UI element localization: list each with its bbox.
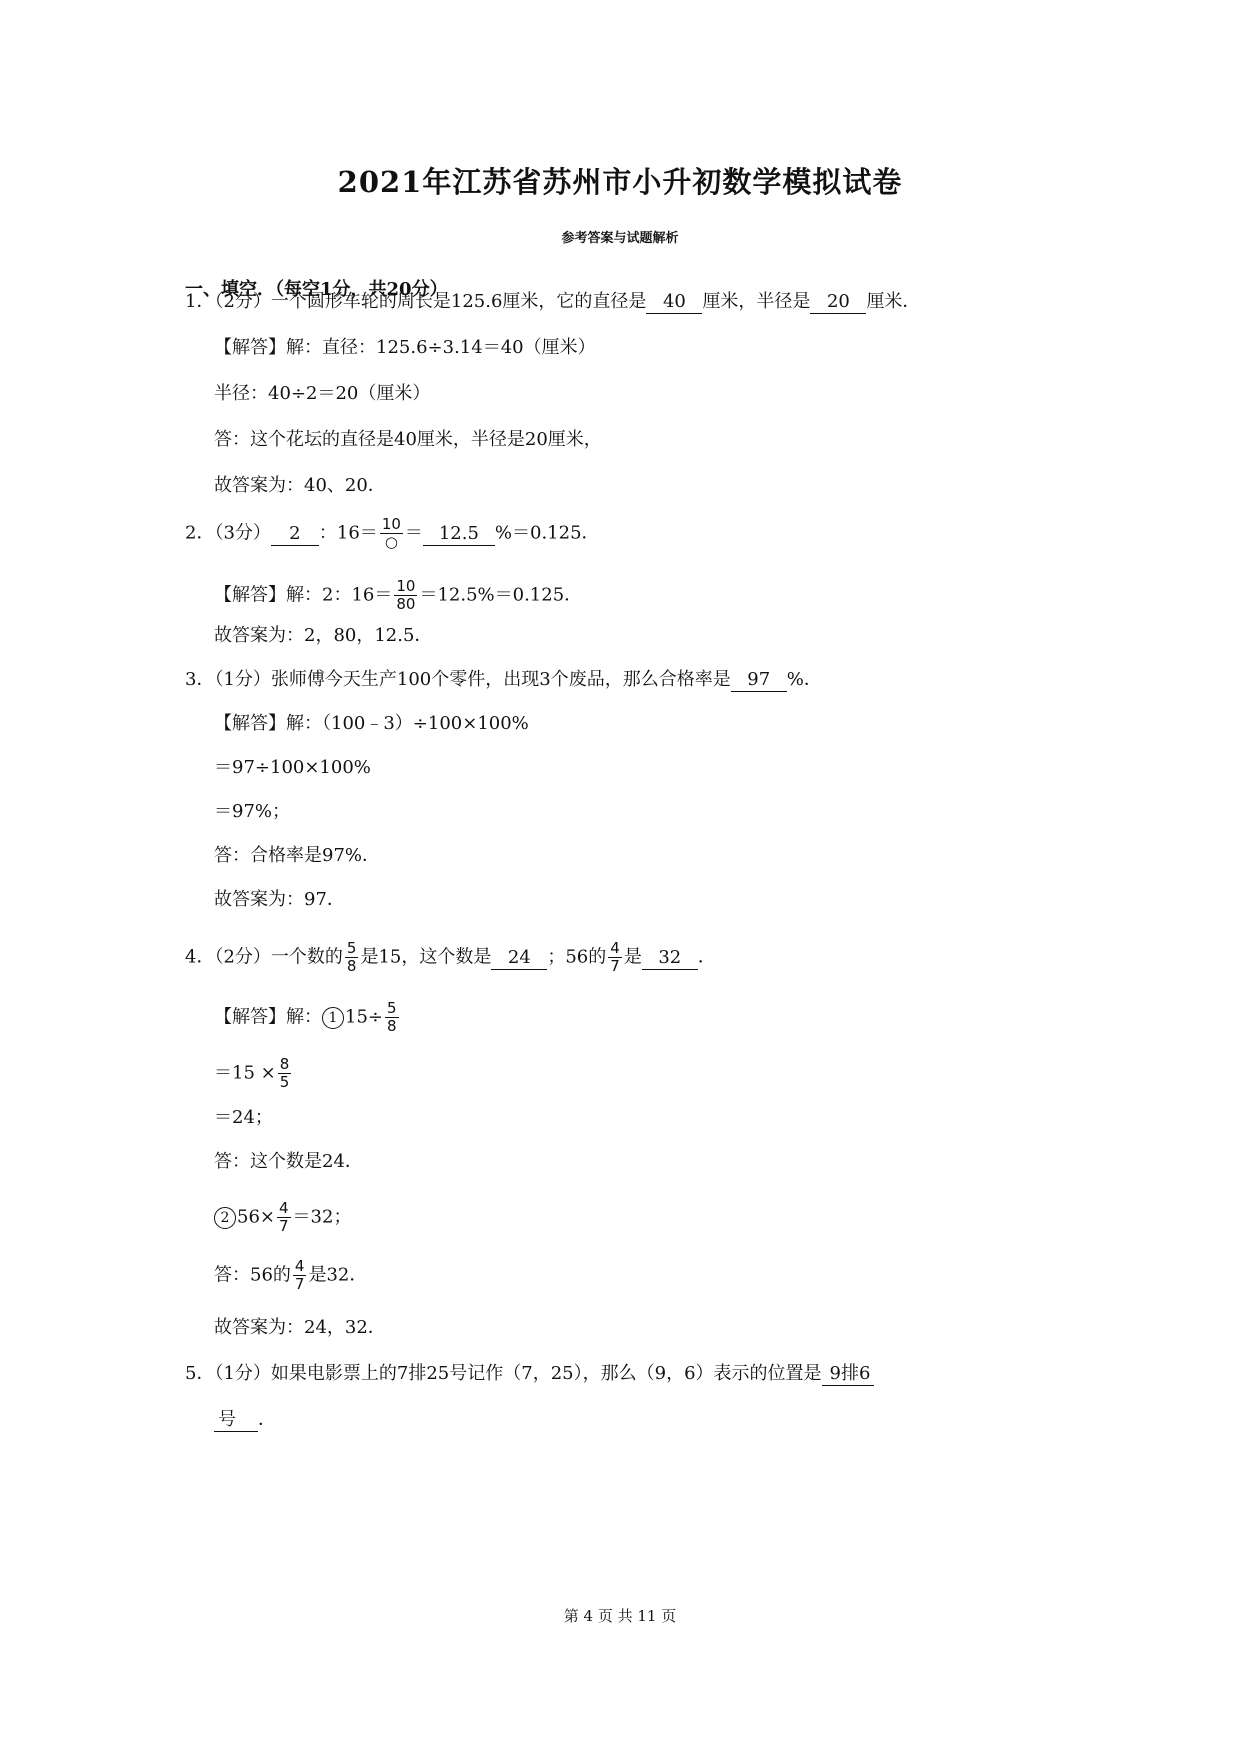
page-footer: 第 4 页 共 11 页 [0,1605,1240,1626]
solution-line: ＝97%； [214,800,290,824]
fraction: 85 [278,1056,292,1091]
fraction-numerator: 10 [380,516,403,534]
solution-answer: 故答案为：97． [214,888,345,912]
solution-text: ＝12.5%＝0.125． [419,585,582,606]
fraction: 47 [293,1258,307,1293]
question-5-continued: 号． [214,1408,276,1432]
question-score: （3分） [214,523,270,544]
solution-answer: 故答案为：24，32． [214,1316,386,1340]
fraction-denominator: 5 [278,1074,292,1091]
fraction: 47 [608,940,622,975]
solution-line: ＝15 ×85 [214,1056,293,1091]
solution-answer: 故答案为：40、20． [214,474,386,498]
fraction-numerator: 5 [385,1000,399,1018]
question-text: 是15，这个数是 [360,947,491,968]
question-number: 1． [185,291,214,312]
question-number: 4． [185,947,214,968]
page-title: 2021年江苏省苏州市小升初数学模拟试卷 [0,160,1240,201]
fraction-denominator: 7 [277,1218,291,1235]
solution-line: 答：合格率是97%． [214,844,380,868]
fraction-numerator: 4 [293,1258,307,1276]
solution-line: ＝24； [214,1106,273,1130]
fraction-numerator: 5 [345,940,359,958]
solution-text: 是32． [308,1265,367,1286]
fraction: 58 [385,1000,399,1035]
answer-blank: 9排6 [822,1363,875,1386]
question-text: ． [258,1409,276,1430]
solution-answer: 故答案为：2，80，12.5． [214,624,432,648]
solution-line: 【解答】解：2：16＝1080＝12.5%＝0.125． [214,578,582,613]
answer-blank: 12.5 [423,523,495,546]
solution-text: 【解答】解：2：16＝ [214,585,392,606]
solution-text: ＝32； [293,1207,352,1228]
fraction: 47 [277,1200,291,1235]
fraction: 10○ [380,516,403,551]
solution-text: 【解答】解： [214,1007,322,1028]
fraction-numerator: 4 [608,940,622,958]
circled-number-icon: 1 [322,1007,344,1029]
solution-line: 答：这个花坛的直径是40厘米，半径是20厘米， [214,428,602,452]
answer-blank: 20 [810,291,866,314]
solution-line: 答：这个数是24． [214,1150,363,1174]
question-score: （1分） [214,1363,270,1384]
question-1: 1．（2分）一个圆形车轮的周长是125.6厘米，它的直径是40厘米，半径是20厘… [185,290,920,314]
fraction-denominator: 8 [345,958,359,975]
question-text: ． [698,947,716,968]
question-text: ：16＝ [319,523,378,544]
question-text: %＝0.125． [495,523,600,544]
fraction-numerator: 8 [278,1056,292,1074]
question-text: 如果电影票上的7排25号记作（7，25），那么（9，6）表示的位置是 [271,1363,822,1384]
question-text: 厘米． [866,291,920,312]
solution-line: 256×47＝32； [214,1200,351,1235]
solution-line: 半径：40÷2＝20（厘米） [214,382,430,406]
solution-line: 答：56的47是32． [214,1258,367,1293]
question-text: 厘米，半径是 [702,291,810,312]
fraction: 1080 [394,578,417,613]
fraction-denominator: ○ [383,534,400,551]
solution-line: 【解答】解：直径：125.6÷3.14＝40（厘米） [214,336,596,360]
document-page: 2021年江苏省苏州市小升初数学模拟试卷 参考答案与试题解析 一、填空．（每空1… [0,0,1240,1754]
answer-blank: 32 [642,947,698,970]
solution-text: 答：56的 [214,1265,291,1286]
fraction-denominator: 80 [394,596,417,613]
question-number: 2． [185,523,214,544]
question-text: ；56的 [547,947,606,968]
solution-text: 56× [237,1207,275,1228]
question-text: %． [787,669,822,690]
page-subtitle: 参考答案与试题解析 [0,227,1240,246]
fraction-numerator: 4 [277,1200,291,1218]
question-text: 是 [624,947,642,968]
question-3: 3．（1分）张师傅今天生产100个零件，出现3个废品，那么合格率是97%． [185,668,822,692]
solution-text: ＝15 × [214,1063,276,1084]
fraction-denominator: 8 [385,1018,399,1035]
question-score: （2分） [214,947,270,968]
fraction: 58 [345,940,359,975]
question-score: （2分） [214,291,270,312]
fraction-denominator: 7 [608,958,622,975]
answer-blank: 2 [271,523,319,546]
solution-line: ＝97÷100×100% [214,756,371,780]
answer-blank: 40 [646,291,702,314]
solution-line: 【解答】解：115÷58 [214,1000,401,1035]
question-text: 一个数的 [271,947,343,968]
answer-blank: 97 [731,669,787,692]
question-number: 5． [185,1363,214,1384]
question-text: 张师傅今天生产100个零件，出现3个废品，那么合格率是 [271,669,731,690]
circled-number-icon: 2 [214,1207,236,1229]
answer-blank: 号 [214,1409,258,1432]
question-5: 5．（1分）如果电影票上的7排25号记作（7，25），那么（9，6）表示的位置是… [185,1362,874,1386]
fraction-numerator: 10 [394,578,417,596]
fraction-denominator: 7 [293,1276,307,1293]
solution-text: 15÷ [345,1007,383,1028]
question-text: 一个圆形车轮的周长是125.6厘米，它的直径是 [271,291,647,312]
question-2: 2．（3分）2：16＝10○＝12.5%＝0.125． [185,516,600,551]
answer-blank: 24 [491,947,547,970]
question-number: 3． [185,669,214,690]
question-text: ＝ [405,523,423,544]
question-score: （1分） [214,669,270,690]
question-4: 4．（2分）一个数的58是15，这个数是24；56的47是32． [185,940,716,975]
solution-line: 【解答】解：（100﹣3）÷100×100% [214,712,529,736]
